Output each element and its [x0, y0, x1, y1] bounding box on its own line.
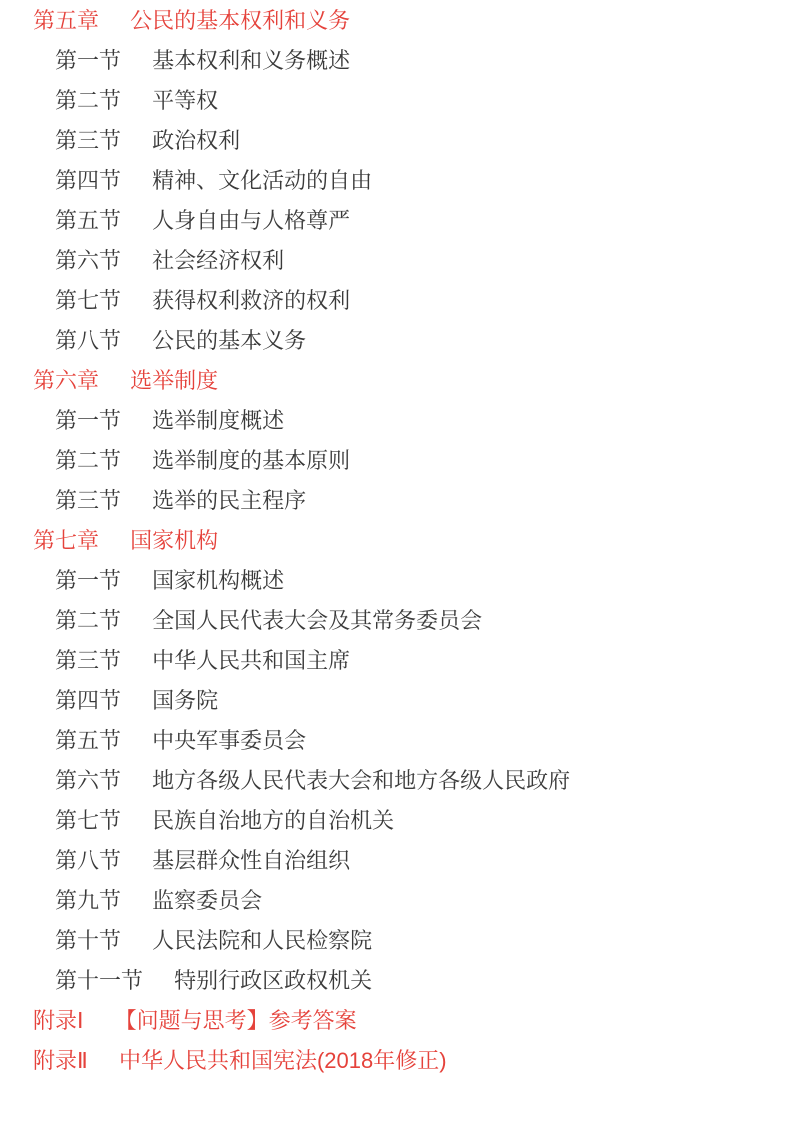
toc-section-row: 第二节 全国人民代表大会及其常务委员会 [33, 601, 770, 641]
toc-entry-title: 国家机构 [130, 521, 218, 561]
toc-section-row: 第一节 基本权利和义务概述 [33, 41, 770, 81]
toc-section-row: 第四节 国务院 [33, 681, 770, 721]
toc-entry-label: 第四节 [55, 161, 121, 201]
toc-section-row: 第三节 选举的民主程序 [33, 481, 770, 521]
toc-entry-title: 选举制度 [130, 361, 218, 401]
toc-section-row: 第五节 人身自由与人格尊严 [33, 201, 770, 241]
toc-entry-label: 第二节 [55, 441, 121, 481]
toc-chapter-row: 第六章 选举制度 [33, 361, 770, 401]
toc-entry-title: 公民的基本权利和义务 [130, 1, 350, 41]
toc-entry-label: 第八节 [55, 321, 121, 361]
toc-entry-title: 基本权利和义务概述 [152, 41, 350, 81]
toc-entry-label: 附录Ⅰ [33, 1001, 84, 1041]
toc-entry-title: 国务院 [152, 681, 218, 721]
toc-section-row: 第四节 精神、文化活动的自由 [33, 161, 770, 201]
toc-entry-label: 第二节 [55, 601, 121, 641]
toc-entry-title: 人身自由与人格尊严 [152, 201, 350, 241]
toc-entry-label: 第二节 [55, 81, 121, 121]
toc-entry-title: 民族自治地方的自治机关 [152, 801, 394, 841]
toc-entry-label: 第九节 [55, 881, 121, 921]
toc-section-row: 第六节 社会经济权利 [33, 241, 770, 281]
toc-entry-title: 中华人民共和国宪法(2018年修正) [119, 1041, 447, 1081]
toc-entry-label: 第五节 [55, 721, 121, 761]
toc-section-row: 第二节 选举制度的基本原则 [33, 441, 770, 481]
toc-entry-title: 全国人民代表大会及其常务委员会 [152, 601, 482, 641]
toc-section-row: 第三节 中华人民共和国主席 [33, 641, 770, 681]
toc-entry-title: 选举制度概述 [152, 401, 284, 441]
toc-entry-label: 第七节 [55, 801, 121, 841]
toc-entry-title: 基层群众性自治组织 [152, 841, 350, 881]
toc-section-row: 第六节 地方各级人民代表大会和地方各级人民政府 [33, 761, 770, 801]
toc-entry-title: 选举的民主程序 [152, 481, 306, 521]
table-of-contents: 第五章 公民的基本权利和义务 第一节 基本权利和义务概述 第二节 平等权 第三节… [33, 1, 770, 1081]
toc-entry-title: 地方各级人民代表大会和地方各级人民政府 [152, 761, 570, 801]
toc-entry-title: 平等权 [152, 81, 218, 121]
toc-entry-label: 第一节 [55, 41, 121, 81]
toc-entry-label: 附录Ⅱ [33, 1041, 88, 1081]
toc-chapter-row: 第五章 公民的基本权利和义务 [33, 1, 770, 41]
toc-section-row: 第八节 基层群众性自治组织 [33, 841, 770, 881]
toc-section-row: 第七节 民族自治地方的自治机关 [33, 801, 770, 841]
toc-section-row: 第七节 获得权利救济的权利 [33, 281, 770, 321]
toc-entry-label: 第六章 [33, 361, 99, 401]
toc-entry-label: 第十节 [55, 921, 121, 961]
toc-section-row: 第五节 中央军事委员会 [33, 721, 770, 761]
toc-entry-title: 精神、文化活动的自由 [152, 161, 372, 201]
toc-section-row: 第三节 政治权利 [33, 121, 770, 161]
toc-entry-title: 特别行政区政权机关 [174, 961, 372, 1001]
toc-section-row: 第八节 公民的基本义务 [33, 321, 770, 361]
toc-entry-label: 第七节 [55, 281, 121, 321]
toc-entry-label: 第八节 [55, 841, 121, 881]
toc-chapter-row: 第七章 国家机构 [33, 521, 770, 561]
toc-entry-label: 第七章 [33, 521, 99, 561]
toc-entry-label: 第四节 [55, 681, 121, 721]
toc-entry-title: 中央军事委员会 [152, 721, 306, 761]
toc-entry-title: 监察委员会 [152, 881, 262, 921]
toc-entry-label: 第一节 [55, 561, 121, 601]
toc-section-row: 第十一节 特别行政区政权机关 [33, 961, 770, 1001]
toc-section-row: 第一节 国家机构概述 [33, 561, 770, 601]
toc-appendix-row: 附录Ⅰ 【问题与思考】参考答案 [33, 1001, 770, 1041]
toc-section-row: 第九节 监察委员会 [33, 881, 770, 921]
toc-entry-title: 公民的基本义务 [152, 321, 306, 361]
toc-entry-title: 中华人民共和国主席 [152, 641, 350, 681]
toc-entry-label: 第五节 [55, 201, 121, 241]
toc-entry-title: 人民法院和人民检察院 [152, 921, 372, 961]
toc-entry-title: 【问题与思考】参考答案 [115, 1001, 357, 1041]
toc-entry-label: 第十一节 [55, 961, 143, 1001]
toc-entry-label: 第六节 [55, 761, 121, 801]
toc-entry-label: 第一节 [55, 401, 121, 441]
toc-appendix-row: 附录Ⅱ 中华人民共和国宪法(2018年修正) [33, 1041, 770, 1081]
toc-entry-title: 政治权利 [152, 121, 240, 161]
toc-entry-label: 第三节 [55, 481, 121, 521]
toc-entry-title: 获得权利救济的权利 [152, 281, 350, 321]
toc-section-row: 第一节 选举制度概述 [33, 401, 770, 441]
toc-page: 第五章 公民的基本权利和义务 第一节 基本权利和义务概述 第二节 平等权 第三节… [0, 0, 790, 1132]
toc-entry-label: 第三节 [55, 641, 121, 681]
toc-entry-label: 第五章 [33, 1, 99, 41]
toc-entry-title: 选举制度的基本原则 [152, 441, 350, 481]
toc-section-row: 第十节 人民法院和人民检察院 [33, 921, 770, 961]
toc-entry-label: 第三节 [55, 121, 121, 161]
toc-entry-label: 第六节 [55, 241, 121, 281]
toc-entry-title: 社会经济权利 [152, 241, 284, 281]
toc-section-row: 第二节 平等权 [33, 81, 770, 121]
toc-entry-title: 国家机构概述 [152, 561, 284, 601]
